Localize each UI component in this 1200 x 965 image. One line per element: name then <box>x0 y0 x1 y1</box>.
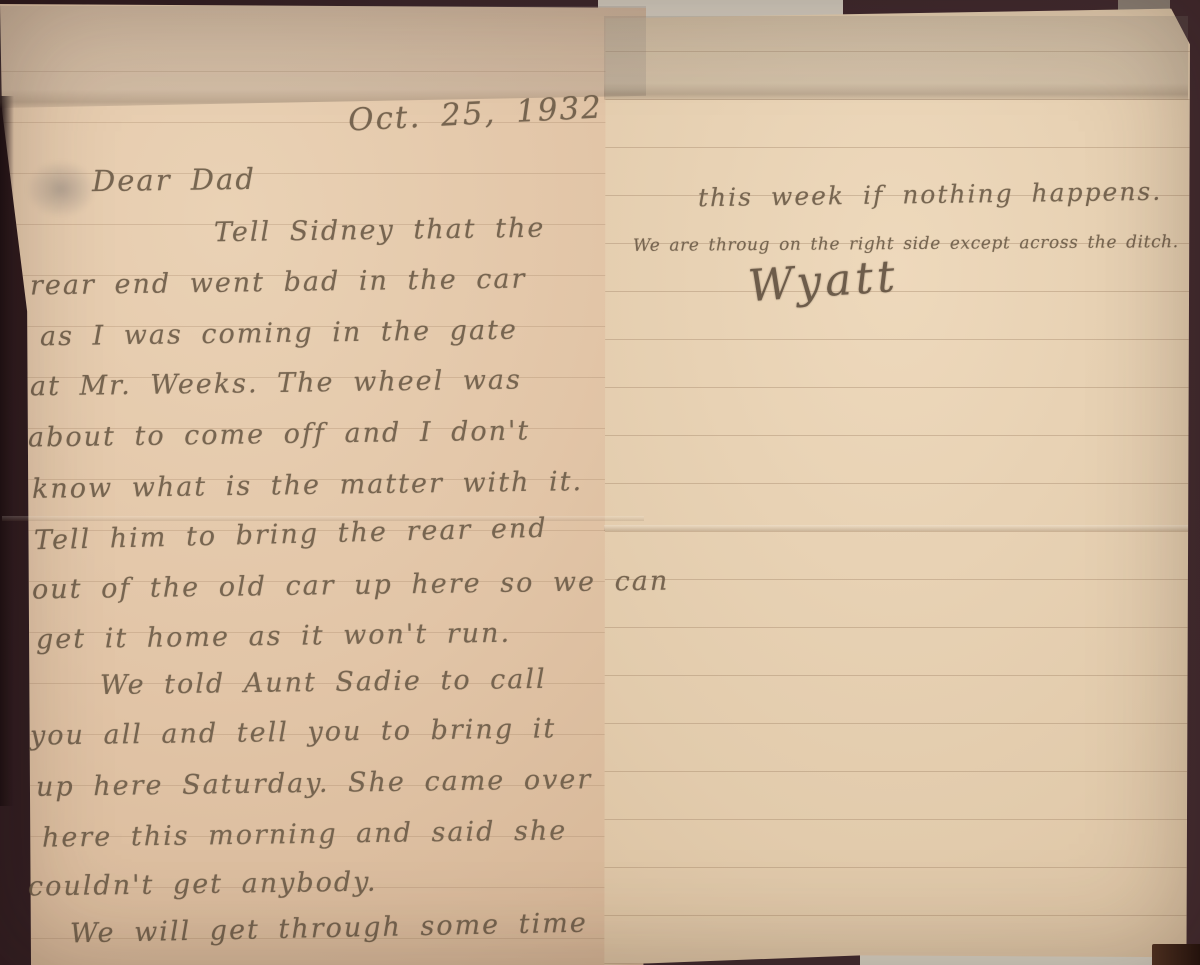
handwriting-line: Tell Sidney that the <box>214 213 546 249</box>
handwriting-line: We are throug on the right side except a… <box>633 232 1179 256</box>
paper-left-edge-shadow <box>0 96 14 806</box>
letter-photo: Oct. 25, 1932 Dear Dad Tell Sidney that … <box>0 0 1200 965</box>
letter-page-right <box>602 0 1190 965</box>
letter-salutation: Dear Dad <box>92 162 256 198</box>
background-object-bottom-right <box>1152 944 1200 965</box>
handwriting-line: get it home as it won't run. <box>36 618 511 656</box>
handwriting-line: couldn't get anybody. <box>28 867 378 903</box>
handwriting-line: We told Aunt Sadie to call <box>100 664 547 701</box>
signature: Wyatt <box>746 251 900 312</box>
